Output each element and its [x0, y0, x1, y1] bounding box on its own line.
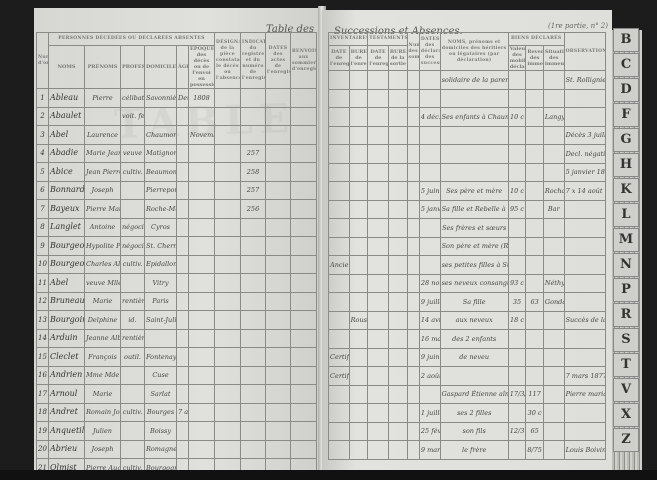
cell-death: [189, 440, 215, 459]
cell-heirs: aux neveux: [440, 311, 508, 330]
cell-name: Andret: [49, 403, 85, 422]
register-row-right: Certificat d'indigence9 juin 1869de neve…: [329, 348, 606, 367]
index-tab-v[interactable]: V: [613, 378, 639, 402]
cell-profession: [121, 440, 145, 459]
cell-domicile: Roche-Morgan: [145, 200, 177, 219]
cell-value: 93 c: [508, 274, 526, 293]
cell-value: [508, 348, 526, 367]
cell-empty: [368, 256, 389, 275]
cell-profession: cultiv.: [121, 403, 145, 422]
index-tab-g[interactable]: G: [613, 128, 639, 152]
cell-obs: [564, 404, 605, 423]
cell-empty: [368, 348, 389, 367]
cell-place: [543, 71, 564, 90]
right-page: Successions et Absences. (1re partie, n°…: [322, 10, 612, 472]
cell-empty: [215, 403, 241, 422]
cell-place: [543, 348, 564, 367]
cell-date: [419, 237, 440, 256]
cell-place: [543, 89, 564, 108]
cell-empty: [388, 219, 407, 238]
cell-age: [177, 348, 189, 367]
cell-value: [508, 256, 526, 275]
cell-domicile: Pierrepont: [145, 181, 177, 200]
cell-no: 4: [37, 144, 49, 163]
cell-death: [189, 329, 215, 348]
cell-death: [189, 237, 215, 256]
cell-bureau: [349, 126, 368, 145]
cell-heirs: son fils: [440, 422, 508, 441]
cell-empty: [266, 311, 291, 330]
register-row-right: Son père et mère (Rouffiac 14 dte 1867): [329, 237, 606, 256]
index-tab-n[interactable]: N: [613, 253, 639, 277]
cell-age: [177, 218, 189, 237]
cell-revenue: [526, 330, 544, 349]
col-register-indication: INDICATION du registre et du numéro de l…: [241, 33, 266, 89]
cell-death: Novembre: [189, 126, 215, 145]
cell-value: [508, 219, 526, 238]
cell-date: [419, 89, 440, 108]
cell-age: [177, 107, 189, 126]
cell-empty: [291, 107, 317, 126]
register-row-right: Ses frères et sœurs: [329, 219, 606, 238]
cell-inventory: [329, 71, 350, 90]
cell-obs: 5 janvier 1866: [564, 163, 605, 182]
cell-domicile: Savonnières: [145, 89, 177, 108]
cell-value: [508, 404, 526, 423]
cell-register: [241, 274, 266, 293]
cell-empty: [368, 385, 389, 404]
cell-name: Andrien: [49, 366, 85, 385]
cell-inventory: [329, 330, 350, 349]
cell-empty: [388, 108, 407, 127]
right-register-table: INVENTAIRES TESTAMENTS OU DONATIONS Numé…: [328, 32, 606, 460]
cell-register: [241, 403, 266, 422]
cell-profession: célibat.: [121, 89, 145, 108]
cell-inventory: [329, 237, 350, 256]
cell-empty: [368, 274, 389, 293]
cell-profession: outil.: [121, 348, 145, 367]
cell-empty: [407, 367, 419, 386]
cell-value: 95 c: [508, 200, 526, 219]
cell-empty: [291, 311, 317, 330]
cell-empty: [266, 366, 291, 385]
cell-death: [189, 255, 215, 274]
cell-empty: [266, 385, 291, 404]
index-tab-z[interactable]: Z: [613, 428, 639, 452]
cell-firstname: Laurence: [85, 126, 121, 145]
cell-death: [189, 274, 215, 293]
cell-heirs: Son père et mère (Rouffiac 14 dte 1867): [440, 237, 508, 256]
cell-empty: [388, 89, 407, 108]
col-ages: ÂGES: [177, 46, 189, 89]
cell-no: 14: [37, 329, 49, 348]
col-firstnames: PRÉNOMS: [85, 46, 121, 89]
cell-death: 1808: [189, 89, 215, 108]
register-row-right: Certificat d'indigence2 août 18817 mars …: [329, 367, 606, 386]
cell-empty: [291, 440, 317, 459]
cell-empty: [215, 89, 241, 108]
register-row-right: 1 juillet 1881ses 2 filles30 c: [329, 404, 606, 423]
index-tab-s[interactable]: S: [613, 328, 639, 352]
cell-empty: [407, 126, 419, 145]
cell-empty: [407, 293, 419, 312]
cell-name: Bourgeois: [49, 237, 85, 256]
cell-empty: [215, 144, 241, 163]
cell-empty: [407, 404, 419, 423]
cell-bureau: [349, 367, 368, 386]
register-row-right: Decl. négative: [329, 145, 606, 164]
cell-empty: [368, 441, 389, 460]
cell-death: [189, 107, 215, 126]
cell-inventory: [329, 108, 350, 127]
cell-register: [241, 385, 266, 404]
cell-empty: [266, 181, 291, 200]
cell-empty: [266, 237, 291, 256]
cell-name: Abel: [49, 274, 85, 293]
cell-domicile: [145, 329, 177, 348]
cell-domicile: Romagne: [145, 440, 177, 459]
cell-empty: [291, 348, 317, 367]
cell-empty: [407, 330, 419, 349]
cell-death: [189, 218, 215, 237]
cell-obs: [564, 422, 605, 441]
cell-bureau: [349, 237, 368, 256]
cell-empty: [368, 200, 389, 219]
cell-register: [241, 292, 266, 311]
cell-register: [241, 126, 266, 145]
cell-empty: [388, 404, 407, 423]
cell-empty: [388, 182, 407, 201]
cell-empty: [407, 145, 419, 164]
cell-inventory: [329, 274, 350, 293]
cell-heirs: [440, 89, 508, 108]
cell-obs: [564, 200, 605, 219]
cell-name: Bourgeois: [49, 255, 85, 274]
cell-place: [543, 422, 564, 441]
cell-value: [508, 89, 526, 108]
page-reference: (1re partie, n° 2): [548, 22, 608, 30]
cell-bureau: [349, 385, 368, 404]
cell-profession: voit. fermier: [121, 107, 145, 126]
index-tab-t[interactable]: T: [613, 353, 639, 377]
cell-death: [189, 422, 215, 441]
cell-name: Abaulet: [49, 107, 85, 126]
cell-bureau: [349, 274, 368, 293]
cell-firstname: Antoine: [85, 218, 121, 237]
cell-empty: [388, 145, 407, 164]
cell-heirs: le frère: [440, 441, 508, 460]
cell-bureau: [349, 293, 368, 312]
cell-date: 9 juin 1869: [419, 348, 440, 367]
cell-revenue: 30 c: [526, 404, 544, 423]
cell-register: [241, 366, 266, 385]
scan-background: [0, 470, 657, 480]
cell-obs: [564, 274, 605, 293]
col-professions: PROFESSIONS: [121, 46, 145, 89]
cell-empty: [407, 89, 419, 108]
cell-inventory: [329, 219, 350, 238]
cell-empty: [291, 218, 317, 237]
cell-revenue: [526, 182, 544, 201]
cell-firstname: [85, 107, 121, 126]
cell-inventory: [329, 422, 350, 441]
cell-obs: Pierre mariage: [564, 385, 605, 404]
cell-empty: [388, 330, 407, 349]
cell-empty: [266, 218, 291, 237]
cell-name: Abadie: [49, 144, 85, 163]
cell-empty: [291, 329, 317, 348]
cell-no: 3: [37, 126, 49, 145]
cell-revenue: [526, 126, 544, 145]
cell-domicile: Beaumont: [145, 163, 177, 182]
cell-empty: [388, 422, 407, 441]
cell-obs: [564, 108, 605, 127]
cell-place: Néthy: [543, 274, 564, 293]
group-testaments: TESTAMENTS OU DONATIONS: [368, 33, 407, 46]
register-row-left: 10BourgeoisCharles Alphonsecultiv.Epidal…: [37, 255, 317, 274]
cell-empty: [368, 89, 389, 108]
cell-empty: [215, 440, 241, 459]
cell-revenue: 8/75: [526, 441, 544, 460]
register-row-left: 11Abelveuve MlleVitry: [37, 274, 317, 293]
cell-empty: [266, 200, 291, 219]
cell-revenue: [526, 145, 544, 164]
cell-revenue: [526, 163, 544, 182]
cell-empty: [266, 329, 291, 348]
group-inventories: INVENTAIRES: [329, 33, 368, 46]
register-row-right: 25 fév. 83son fils12/365: [329, 422, 606, 441]
register-row-right: 9 mars 83le frère8/75Louis Boivin: [329, 441, 606, 460]
register-row-right: 16 mai 18des 2 enfants: [329, 330, 606, 349]
cell-age: [177, 292, 189, 311]
cell-revenue: [526, 348, 544, 367]
cell-empty: [215, 422, 241, 441]
cell-no: 1: [37, 89, 49, 108]
index-tab-r[interactable]: R: [613, 303, 639, 327]
cell-empty: [266, 89, 291, 108]
register-row-left: 7BayeuxPierre MathieuRoche-Morgan256: [37, 200, 317, 219]
cell-obs: [564, 89, 605, 108]
cell-date: 2 août 1881: [419, 367, 440, 386]
cell-domicile: Saint-Julien: [145, 311, 177, 330]
cell-place: [543, 330, 564, 349]
cell-no: 15: [37, 348, 49, 367]
cell-obs: [564, 330, 605, 349]
cell-empty: [215, 348, 241, 367]
cell-revenue: [526, 367, 544, 386]
cell-revenue: 65: [526, 422, 544, 441]
cell-empty: [388, 200, 407, 219]
cell-age: [177, 385, 189, 404]
cell-value: [508, 330, 526, 349]
cell-register: 257: [241, 144, 266, 163]
cell-name: Abel: [49, 126, 85, 145]
cell-empty: [407, 200, 419, 219]
cell-empty: [407, 71, 419, 90]
cell-date: 14 avril 1878: [419, 311, 440, 330]
cell-empty: [407, 311, 419, 330]
cell-empty: [266, 255, 291, 274]
cell-heirs: [440, 126, 508, 145]
cell-profession: veuve: [121, 144, 145, 163]
cell-empty: [368, 293, 389, 312]
cell-heirs: de neveu: [440, 348, 508, 367]
cell-place: [543, 256, 564, 275]
cell-revenue: [526, 237, 544, 256]
register-row-left: 2Abauletvoit. fermier: [37, 107, 317, 126]
cell-empty: [291, 126, 317, 145]
cell-register: [241, 348, 266, 367]
cell-place: Rochamb.: [543, 182, 564, 201]
cell-empty: [388, 256, 407, 275]
register-row-left: 19AnquetilJulienBoissy: [37, 422, 317, 441]
cell-bureau: [349, 108, 368, 127]
cell-value: [508, 367, 526, 386]
cell-empty: [215, 107, 241, 126]
register-row-left: 6BonnardJosephPierrepont257: [37, 181, 317, 200]
cell-empty: [291, 89, 317, 108]
index-tab-x[interactable]: X: [613, 403, 639, 427]
cell-firstname: Pierre: [85, 89, 121, 108]
cell-empty: [407, 274, 419, 293]
cell-value: 10 c: [508, 108, 526, 127]
cell-heirs: Ses père et mère: [440, 182, 508, 201]
group-declared-assets: BIENS DÉCLARÉS: [508, 33, 564, 46]
index-tab-d[interactable]: D: [613, 78, 639, 102]
cell-revenue: [526, 274, 544, 293]
index-tab-b[interactable]: B: [613, 28, 639, 52]
cell-revenue: [526, 71, 544, 90]
cell-empty: [266, 144, 291, 163]
cell-empty: [368, 404, 389, 423]
register-row-right: [329, 89, 606, 108]
cell-empty: [266, 107, 291, 126]
cell-date: [419, 126, 440, 145]
index-tab-k[interactable]: K: [613, 178, 639, 202]
index-tab-c[interactable]: C: [613, 53, 639, 77]
cell-date: [419, 71, 440, 90]
cell-empty: [266, 403, 291, 422]
cell-revenue: 117: [526, 385, 544, 404]
cell-profession: [121, 385, 145, 404]
cell-profession: négociant: [121, 218, 145, 237]
cell-empty: [215, 218, 241, 237]
index-tab-m[interactable]: M: [613, 228, 639, 252]
cell-revenue: [526, 200, 544, 219]
cell-domicile: Epidallons: [145, 255, 177, 274]
cell-inventory: Certificat d'indigence: [329, 367, 350, 386]
cell-value: 18 c: [508, 311, 526, 330]
cell-empty: [388, 274, 407, 293]
cell-place: [543, 163, 564, 182]
cell-no: 8: [37, 218, 49, 237]
cell-bureau: [349, 404, 368, 423]
cell-place: Langy: [543, 108, 564, 127]
cell-empty: [266, 274, 291, 293]
cell-no: 10: [37, 255, 49, 274]
col-names: NOMS: [49, 46, 85, 89]
cell-register: 257: [241, 181, 266, 200]
register-row-right: Décès 3 juillet 1857: [329, 126, 606, 145]
cell-value: [508, 145, 526, 164]
index-tab-f[interactable]: F: [613, 103, 639, 127]
col-death-epoch: ÉPOQUE des décès ou de l'envoi en posses…: [189, 46, 215, 89]
cell-obs: 7 x 14 août 1864: [564, 182, 605, 201]
cell-firstname: veuve Mlle: [85, 274, 121, 293]
cell-obs: [564, 219, 605, 238]
cell-empty: [388, 293, 407, 312]
cell-domicile: Chaumont: [145, 126, 177, 145]
cell-obs: [564, 256, 605, 275]
cell-domicile: [145, 107, 177, 126]
cell-place: Gondalin: [543, 293, 564, 312]
cell-name: Arduin: [49, 329, 85, 348]
cell-place: Bar: [543, 200, 564, 219]
index-tab-h[interactable]: H: [613, 153, 639, 177]
cell-profession: rentière: [121, 292, 145, 311]
cell-place: [543, 219, 564, 238]
cell-heirs: Ses enfants à Chaumont: [440, 108, 508, 127]
register-row-left: 12BruneauMarierentièreParis: [37, 292, 317, 311]
cell-empty: [291, 163, 317, 182]
index-tab-p[interactable]: P: [613, 278, 639, 302]
register-row-left: 16AndrienMme MdeCuse: [37, 366, 317, 385]
cell-empty: [215, 181, 241, 200]
cell-firstname: Mme Mde: [85, 366, 121, 385]
cell-date: [419, 219, 440, 238]
cell-name: Bayeux: [49, 200, 85, 219]
cell-no: 2: [37, 107, 49, 126]
col-references: RENVOIS aux sommiers d'enregistrement: [291, 33, 317, 89]
cell-heirs: [440, 367, 508, 386]
cell-firstname: Hypolite Pierre: [85, 237, 121, 256]
cell-empty: [388, 367, 407, 386]
cell-inventory: [329, 126, 350, 145]
cell-empty: [266, 163, 291, 182]
cell-empty: [407, 182, 419, 201]
col-domiciles: DOMICILES: [145, 46, 177, 89]
cell-empty: [388, 163, 407, 182]
cell-value: 35: [508, 293, 526, 312]
cell-death: [189, 385, 215, 404]
cell-firstname: Charles Alphonse: [85, 255, 121, 274]
cell-empty: [291, 403, 317, 422]
cell-revenue: [526, 219, 544, 238]
cell-empty: [215, 126, 241, 145]
cell-death: [189, 144, 215, 163]
cell-bureau: [349, 422, 368, 441]
cell-empty: [215, 311, 241, 330]
register-row-right: 28 novembre 79ses neveux consanguins93 c…: [329, 274, 606, 293]
col-property-location: Situation des immeubles: [543, 46, 564, 71]
cell-empty: [368, 367, 389, 386]
cell-no: 5: [37, 163, 49, 182]
cell-obs: Décès 3 juillet 1857: [564, 126, 605, 145]
cell-heirs: Gaspard Étienne aîné: [440, 385, 508, 404]
col-testament-date: DATE de l'enregistrement: [368, 46, 389, 71]
col-declaration-dates: DATES des déclarations des successions: [419, 33, 440, 71]
cell-obs: Louis Boivin: [564, 441, 605, 460]
cell-domicile: Cyros: [145, 218, 177, 237]
cell-firstname: Delphine: [85, 311, 121, 330]
cell-no: 11: [37, 274, 49, 293]
index-tab-l[interactable]: L: [613, 203, 639, 227]
col-heirs: NOMS, prénoms et domiciles des héritiers…: [440, 33, 508, 71]
cell-domicile: St. Chernon: [145, 237, 177, 256]
cell-age: [177, 329, 189, 348]
cell-heirs: Ses frères et sœurs: [440, 219, 508, 238]
cell-firstname: Marie: [85, 292, 121, 311]
